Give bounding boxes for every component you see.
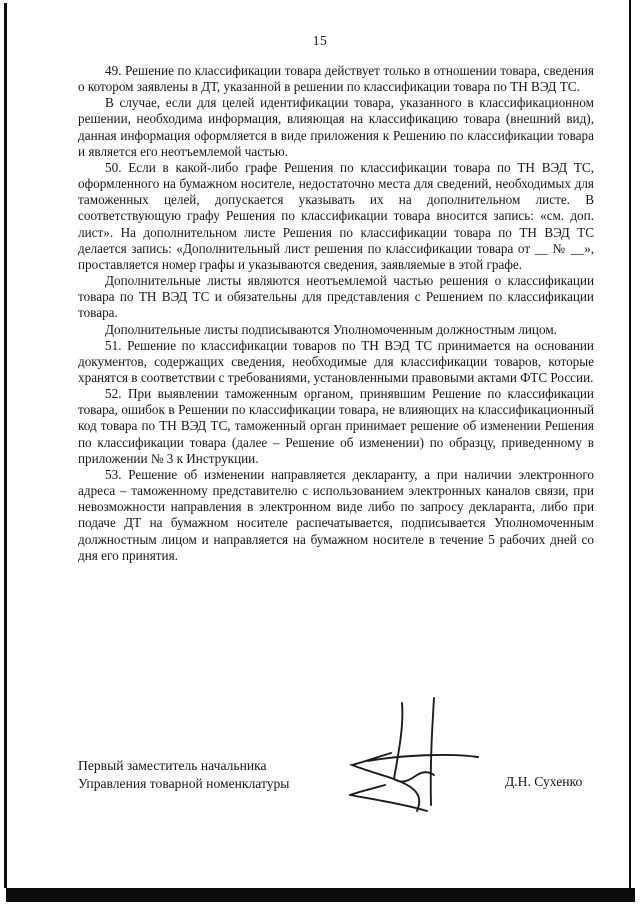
paragraph: 49. Решение по классификации товара дейс… xyxy=(78,63,594,95)
paragraph: Дополнительные листы подписываются Уполн… xyxy=(78,322,594,338)
paragraph: 53. Решение об изменении направляется де… xyxy=(78,467,594,564)
paragraph: 52. При выявлении таможенным органом, пр… xyxy=(78,386,594,467)
paragraph: 51. Решение по классификации товаров по … xyxy=(78,338,594,386)
handwritten-signature xyxy=(345,693,490,818)
signer-title-line1: Первый заместитель начальника xyxy=(78,757,289,775)
document-page: 15 49. Решение по классификации товара д… xyxy=(0,0,640,905)
signer-name: Д.Н. Сухенко xyxy=(505,774,582,790)
scan-edge-right xyxy=(629,0,631,888)
signer-title: Первый заместитель начальника Управления… xyxy=(78,757,289,793)
paragraph: В случае, если для целей идентификации т… xyxy=(78,95,594,160)
scan-edge-bottom xyxy=(6,888,635,902)
paragraph: 50. Если в какой-либо графе Решения по к… xyxy=(78,160,594,273)
document-body: 49. Решение по классификации товара дейс… xyxy=(78,63,594,564)
scan-edge-left xyxy=(4,3,7,888)
page-number: 15 xyxy=(0,33,640,49)
paragraph: Дополнительные листы являются неотъемлем… xyxy=(78,273,594,321)
signer-title-line2: Управления товарной номенклатуры xyxy=(78,775,289,793)
